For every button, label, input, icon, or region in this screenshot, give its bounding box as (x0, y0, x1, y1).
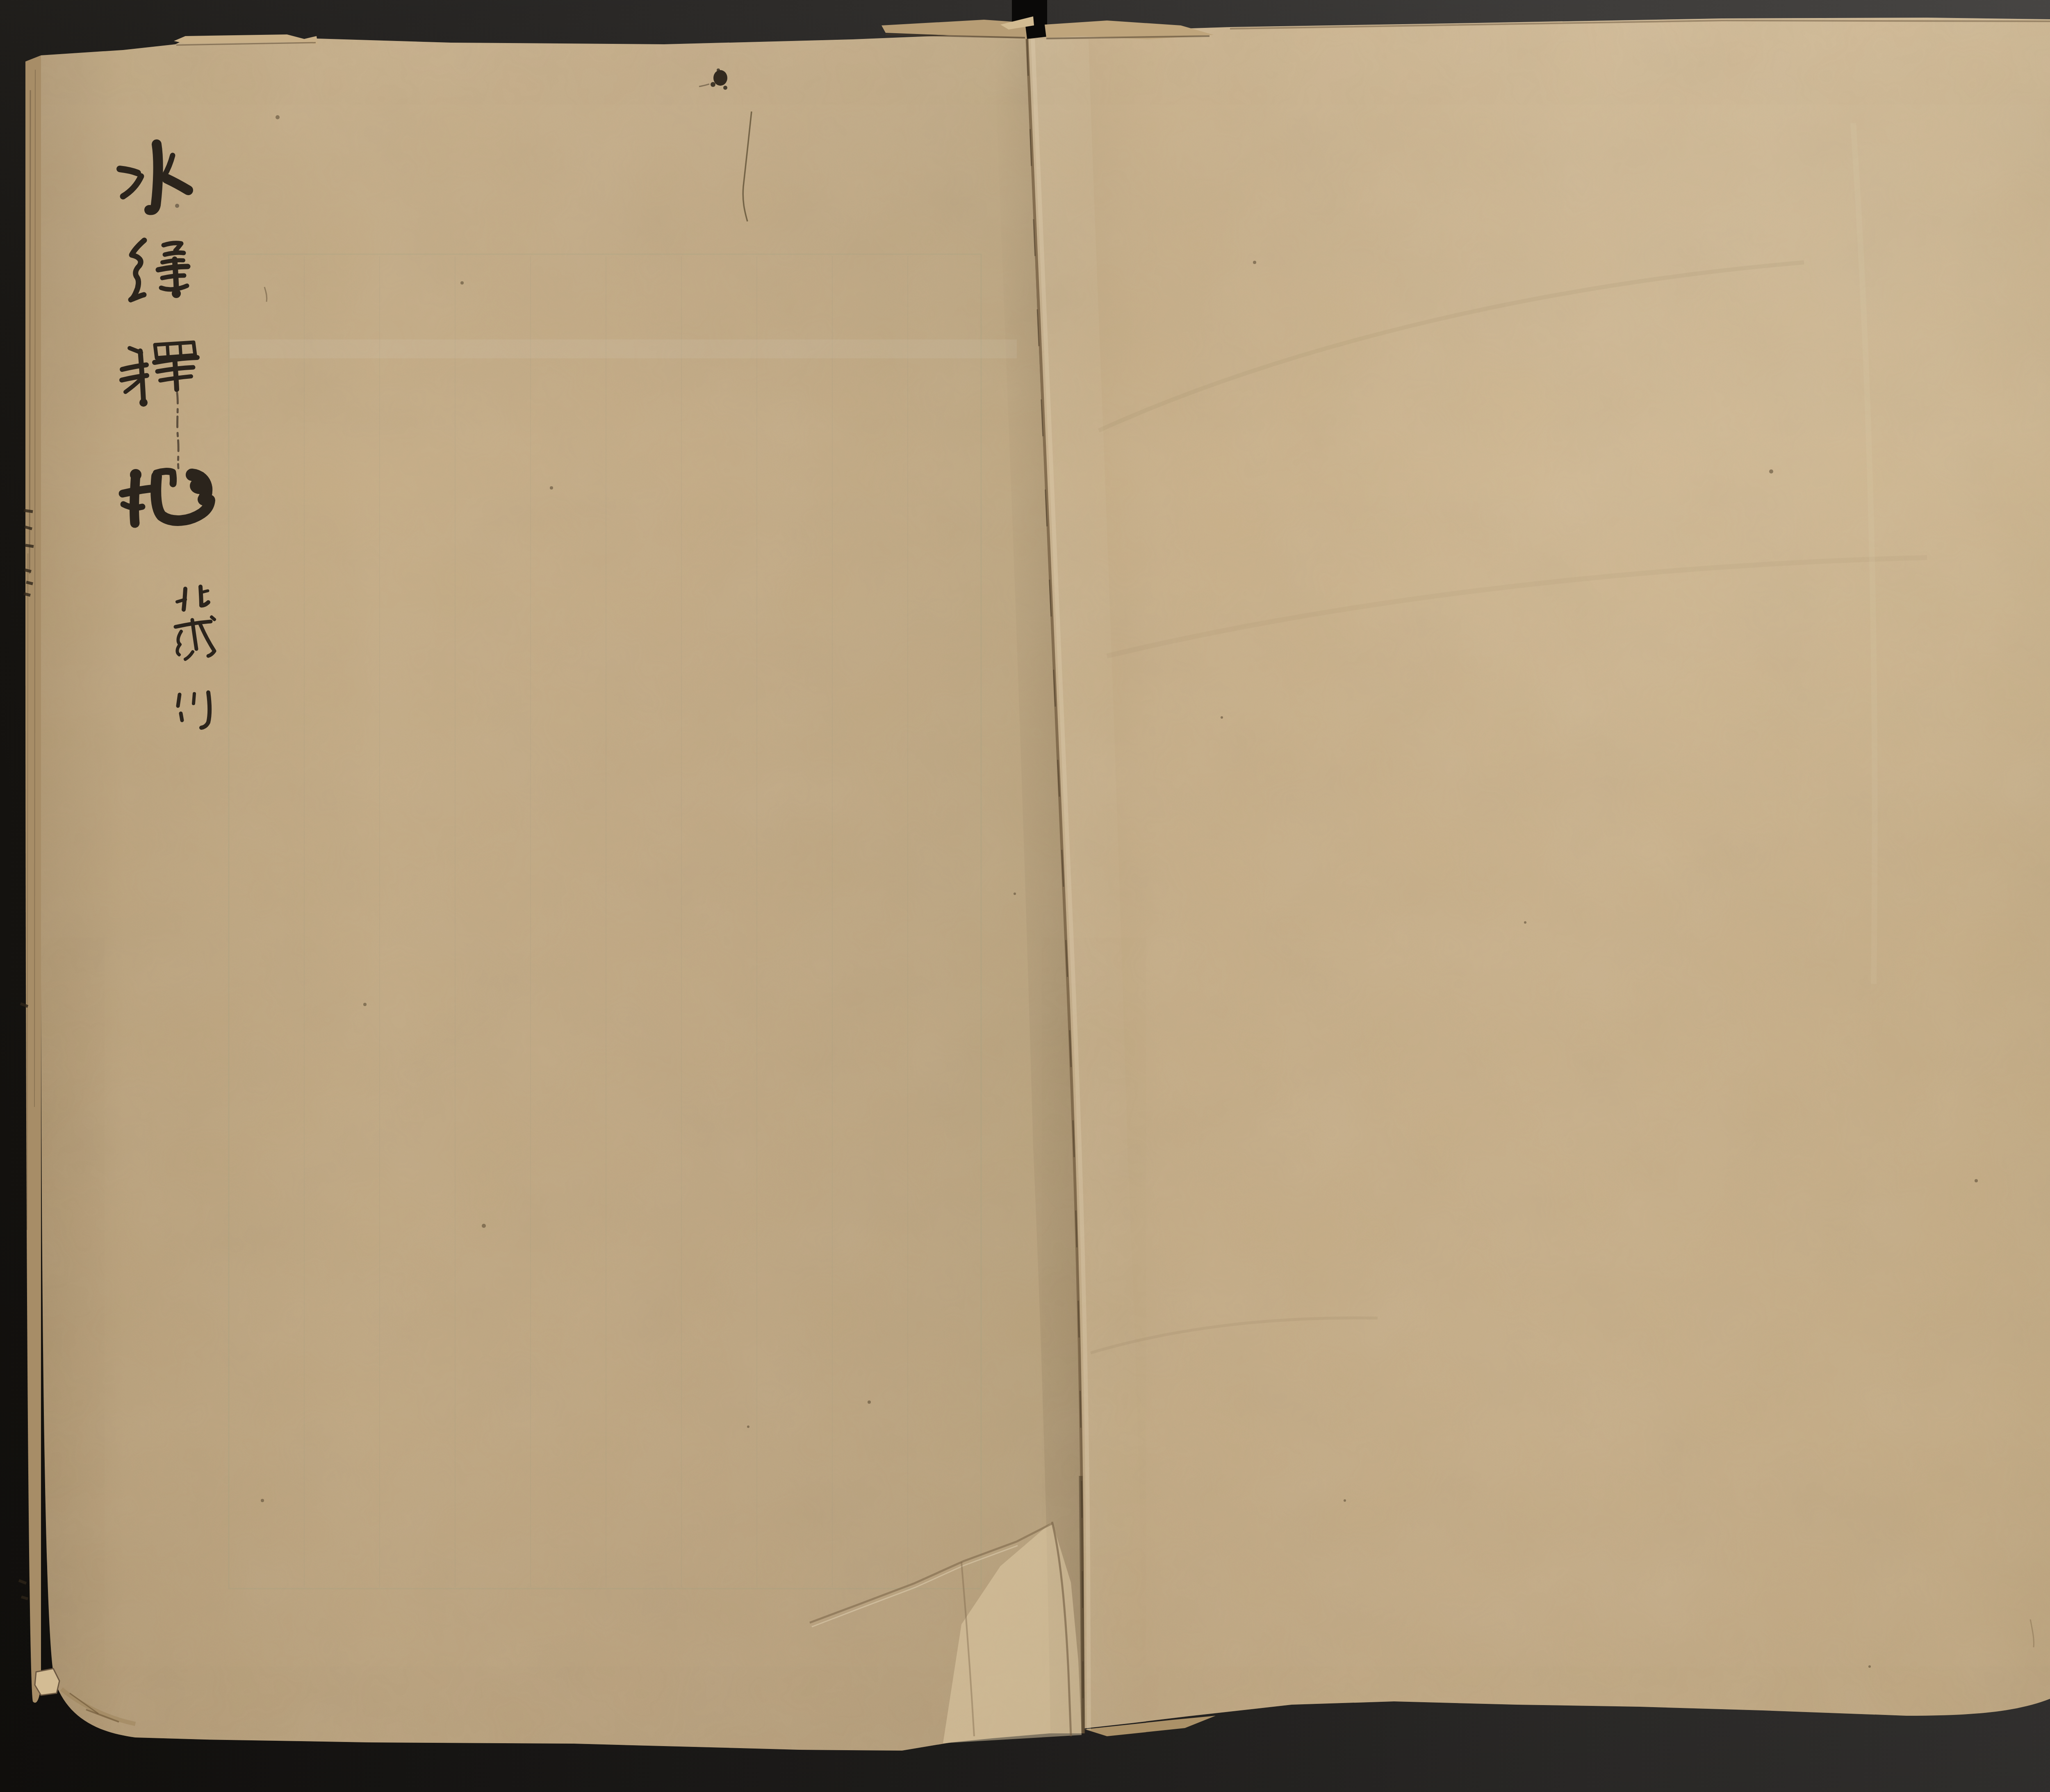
scan-scene (0, 0, 2050, 1792)
annotation-calligraphy-text: 北戒川 (165, 581, 223, 745)
title-calligraphy-text: 水經釋地 (116, 139, 216, 581)
book-scan: 水經釋地 北戒川 (0, 0, 2050, 1792)
